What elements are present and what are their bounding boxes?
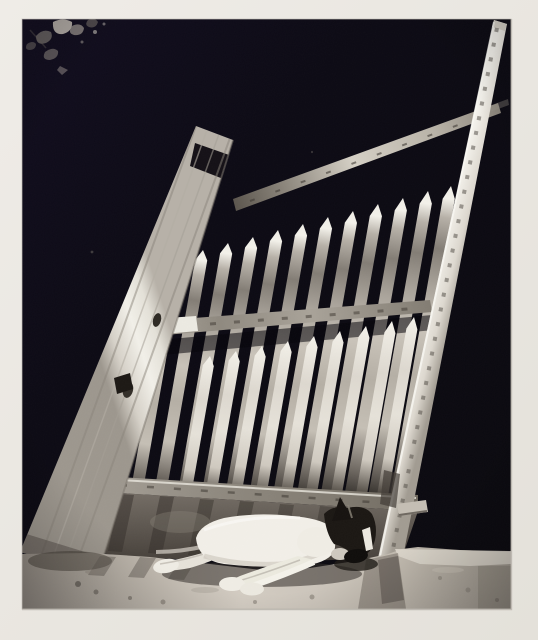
photo-grain [22, 19, 511, 609]
photograph: Sleeping dog beneath a leaning wooden pi… [0, 0, 538, 640]
photograph-mat: Sleeping dog beneath a leaning wooden pi… [0, 0, 538, 640]
